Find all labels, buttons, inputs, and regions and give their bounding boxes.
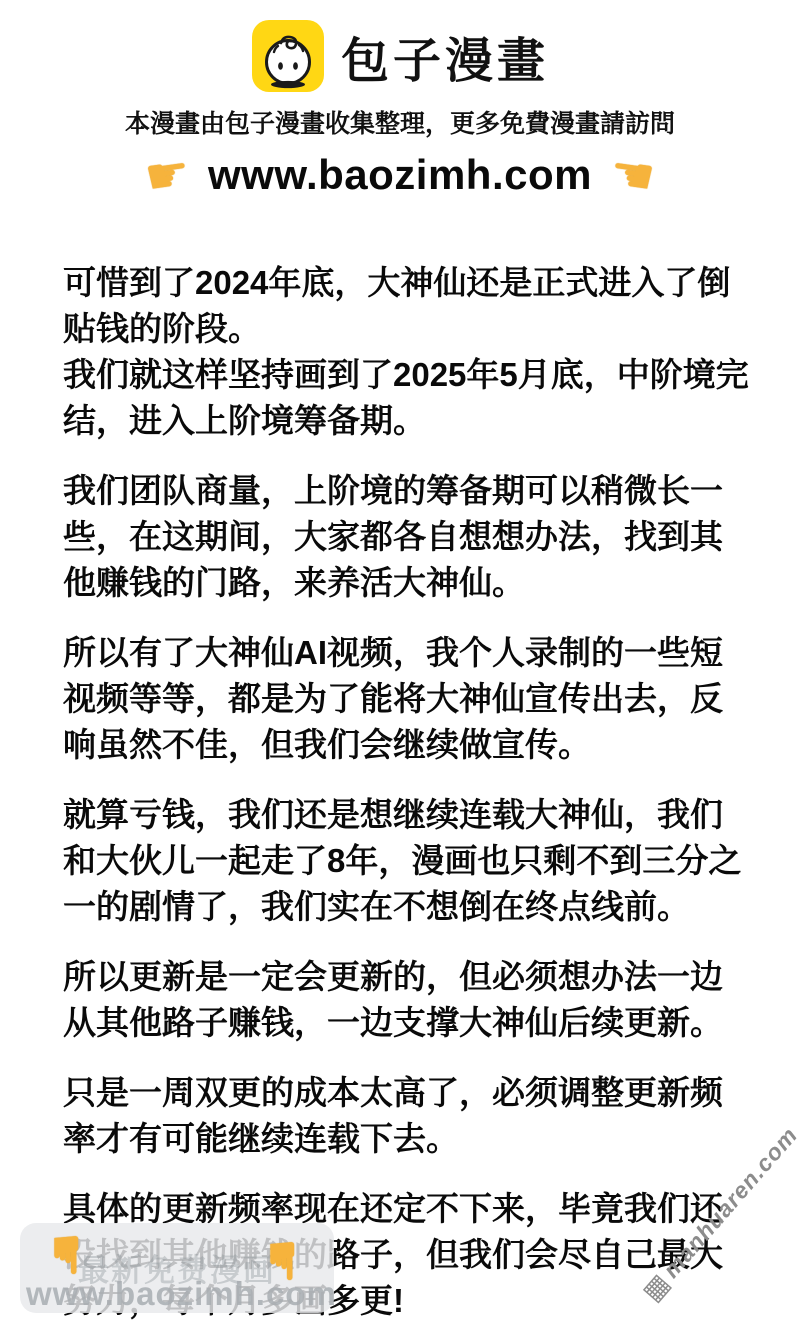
paragraph-4: 就算亏钱，我们还是想继续连载大神仙，我们 和大伙儿一起走了8年，漫画也只剩不到三… — [63, 792, 800, 930]
pointing-left-hand-icon: ☚ — [607, 147, 658, 203]
promo-watermark-url: www.baozimh.com — [26, 1275, 340, 1313]
paragraph-5: 所以更新是一定会更新的，但必须想办法一边 从其他路子赚钱，一边支撑大神仙后续更新… — [63, 954, 800, 1046]
paragraph-3: 所以有了大神仙AI视频，我个人录制的一些短 视频等等，都是为了能将大神仙宣传出去… — [63, 630, 800, 768]
brand-title: 包子漫畫 — [341, 22, 549, 91]
site-url-row: ☛ www.baozimh.com ☚ — [0, 146, 800, 204]
header: 包子漫畫 — [0, 0, 800, 94]
pointing-down-hand-icon: ☛ — [39, 1232, 91, 1279]
pointing-right-hand-icon: ☛ — [142, 147, 193, 203]
header-subtitle: 本漫畫由包子漫畫收集整理，更多免費漫畫請訪問 — [0, 104, 800, 140]
announcement-body: 可惜到了2024年底，大神仙还是正式进入了倒 贴钱的阶段。 我们就这样坚持画到了… — [0, 260, 800, 1324]
paragraph-2: 我们团队商量，上阶境的筹备期可以稍微长一 些，在这期间，大家都各自想想办法，找到… — [63, 468, 800, 606]
baozi-logo-icon — [251, 19, 325, 93]
paragraph-6: 只是一周双更的成本太高了，必须调整更新频 率才有可能继续连载下去。 — [63, 1070, 800, 1162]
paragraph-1: 可惜到了2024年底，大神仙还是正式进入了倒 贴钱的阶段。 我们就这样坚持画到了… — [63, 260, 800, 444]
site-url-link[interactable]: www.baozimh.com — [208, 151, 592, 199]
promo-watermark-box: 最新免费漫画 ☛ ☛ www.baozimh.com — [20, 1223, 334, 1313]
announcement-page: 包子漫畫 本漫畫由包子漫畫收集整理，更多免費漫畫請訪問 ☛ www.baozim… — [0, 0, 800, 1332]
